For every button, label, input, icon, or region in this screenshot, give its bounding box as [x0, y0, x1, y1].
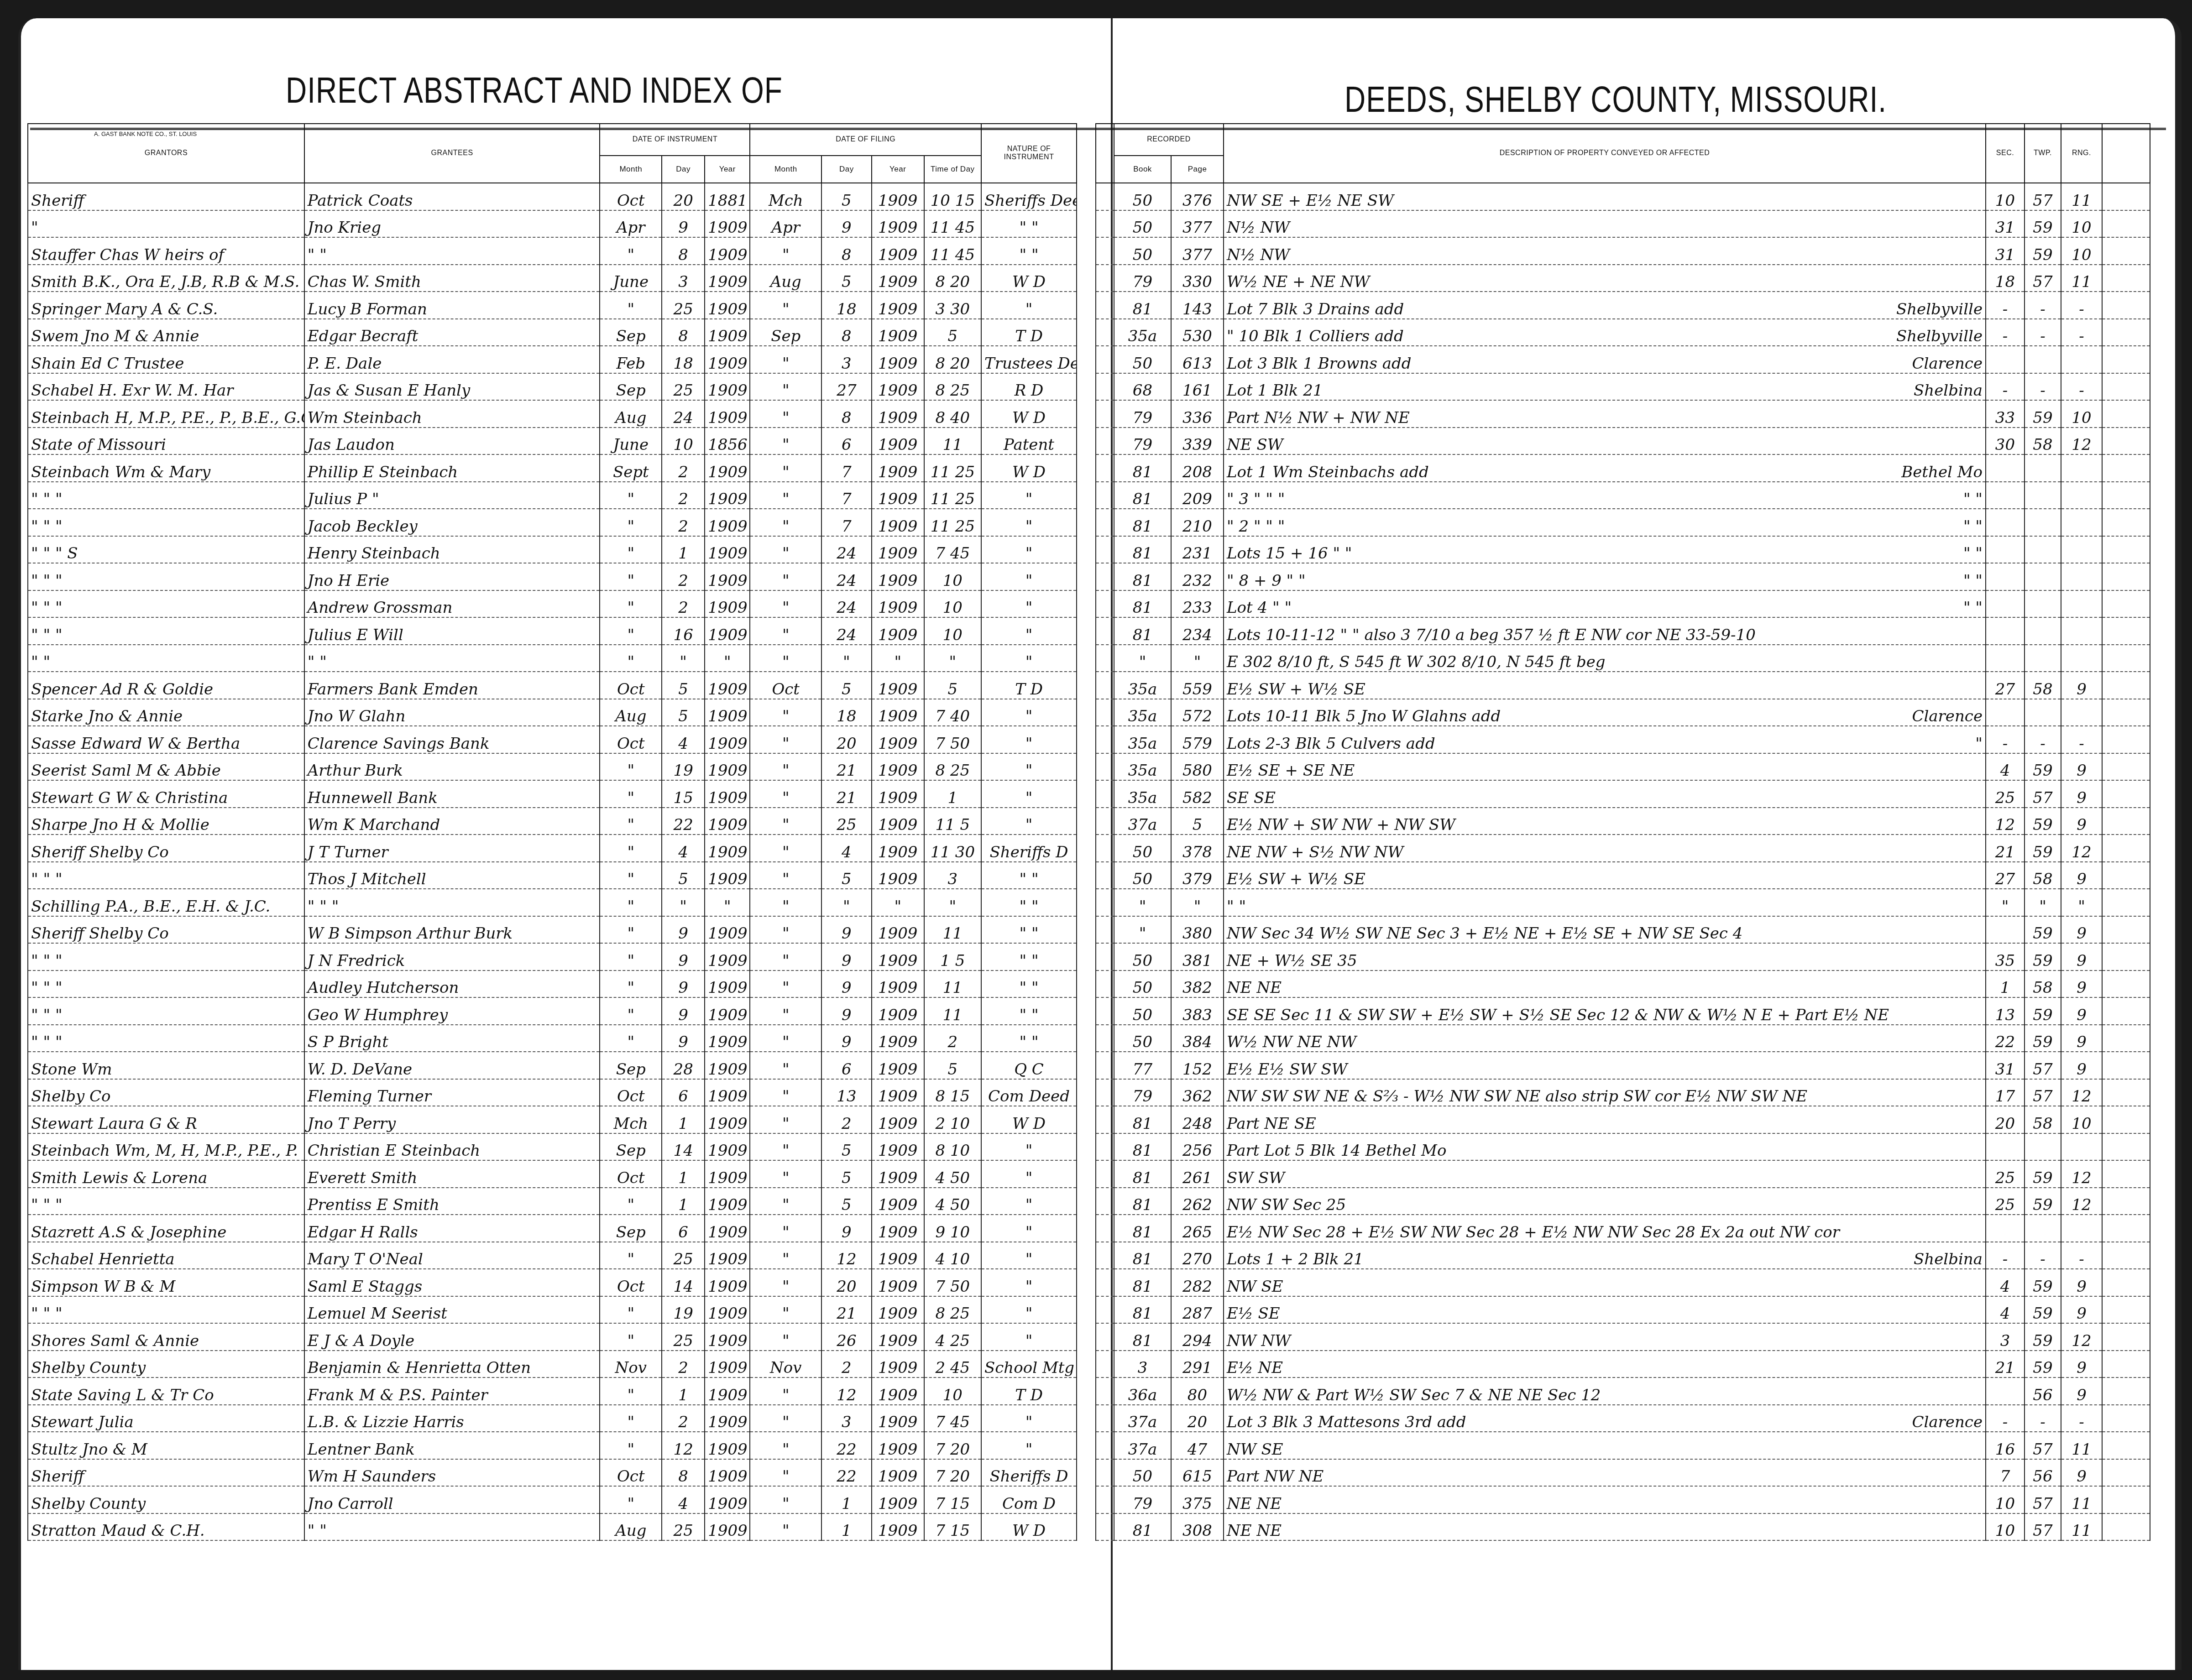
town-text: Clarence: [1912, 707, 1983, 725]
instrument-month-cell: ": [600, 536, 662, 563]
description-cell: E½ NW Sec 28 + E½ SW NW Sec 28 + E½ NW N…: [1224, 1215, 1986, 1242]
grantor-cell: Sheriff Shelby Co: [28, 835, 304, 862]
description-text: SW SW: [1227, 1169, 1285, 1187]
nature-cell: Q C: [981, 1052, 1077, 1079]
instrument-day-cell: 25: [662, 373, 705, 401]
page-cell: 210: [1171, 509, 1224, 536]
filing-month-cell: Aug: [750, 265, 821, 292]
book-cell: 81: [1114, 1296, 1171, 1324]
col-spacer: [1096, 124, 1114, 183]
deed-row-right: 35a579Lots 2-3 Blk 5 Culvers add"---: [1096, 726, 2150, 753]
page-cell: 256: [1171, 1133, 1224, 1161]
filing-day-cell: 21: [821, 753, 872, 781]
spacer-cell: [1096, 1377, 1114, 1405]
time-of-day-cell: 10: [924, 590, 981, 618]
grantor-cell: " " ": [28, 862, 304, 889]
filing-day-cell: 4: [821, 835, 872, 862]
deed-row-left: SheriffPatrick CoatsOct201881Mch5190910 …: [28, 183, 1077, 210]
deed-row-left: Sheriff Shelby CoW B Simpson Arthur Burk…: [28, 916, 1077, 944]
time-of-day-cell: 8 20: [924, 346, 981, 373]
description-cell: " 3 " " "" ": [1224, 482, 1986, 509]
spacer-cell: [1096, 617, 1114, 645]
instrument-year-cell: 1909: [705, 265, 750, 292]
description-cell: E½ E½ SW SW: [1224, 1052, 1986, 1079]
instrument-day-cell: 1: [662, 1188, 705, 1215]
filing-day-cell: 9: [821, 943, 872, 970]
page-cell: 232: [1171, 563, 1224, 590]
twp-cell: [2025, 346, 2061, 373]
grantor-cell: Seerist Saml M & Abbie: [28, 753, 304, 781]
page-cell: 209: [1171, 482, 1224, 509]
description-text: NW NW: [1227, 1332, 1291, 1350]
description-cell: Part NW NE: [1224, 1459, 1986, 1487]
rng-cell: ": [2061, 889, 2102, 916]
description-text: N½ NW: [1227, 246, 1290, 264]
description-cell: Part Lot 5 Blk 14 Bethel Mo: [1224, 1133, 1986, 1161]
time-of-day-cell: 11 25: [924, 509, 981, 536]
deed-row-right: 79336Part N½ NW + NW NE335910: [1096, 400, 2150, 428]
grantee-cell: Arthur Burk: [304, 753, 600, 781]
col-description: Description of Property Conveyed or Affe…: [1224, 124, 1986, 183]
page-title-right: DEEDS, SHELBY COUNTY, MISSOURI.: [1344, 78, 1887, 120]
spacer-cell: [1096, 346, 1114, 373]
col-inst-day: Day: [662, 156, 705, 183]
book-cell: 81: [1114, 292, 1171, 319]
rng-cell: 9: [2061, 1025, 2102, 1052]
twp-cell: 56: [2025, 1459, 2061, 1487]
rng-cell: -: [2061, 292, 2102, 319]
blank-cell: [2102, 1052, 2150, 1079]
nature-cell: School Mtg: [981, 1351, 1077, 1378]
filing-day-cell: 24: [821, 563, 872, 590]
time-of-day-cell: 10 15: [924, 183, 981, 210]
sec-cell: 4: [1986, 1296, 2025, 1324]
instrument-month-cell: ": [600, 1188, 662, 1215]
grantee-cell: Jno W Glahn: [304, 699, 600, 726]
nature-cell: ": [981, 1296, 1077, 1324]
instrument-day-cell: 9: [662, 997, 705, 1025]
twp-cell: 57: [2025, 265, 2061, 292]
sec-cell: [1986, 699, 2025, 726]
instrument-year-cell: 1909: [705, 1025, 750, 1052]
filing-day-cell: 7: [821, 482, 872, 509]
filing-day-cell: 5: [821, 1160, 872, 1188]
sec-cell: 10: [1986, 1513, 2025, 1541]
spacer-cell: [1096, 1052, 1114, 1079]
grantee-cell: Benjamin & Henrietta Otten: [304, 1351, 600, 1378]
instrument-month-cell: Sep: [600, 319, 662, 346]
instrument-day-cell: 1: [662, 1160, 705, 1188]
instrument-month-cell: ": [600, 943, 662, 970]
town-text: " ": [1963, 572, 1983, 590]
col-nature: Nature of Instrument: [981, 124, 1077, 183]
filing-year-cell: 1909: [872, 808, 924, 835]
filing-day-cell: 9: [821, 1025, 872, 1052]
grantor-cell: Steinbach Wm & Mary: [28, 454, 304, 482]
rng-cell: 10: [2061, 237, 2102, 265]
book-cell: 81: [1114, 509, 1171, 536]
blank-cell: [2102, 1459, 2150, 1487]
sec-cell: 7: [1986, 1459, 2025, 1487]
filing-year-cell: 1909: [872, 1215, 924, 1242]
deed-row-right: 79330W½ NE + NE NW185711: [1096, 265, 2150, 292]
instrument-day-cell: 8: [662, 237, 705, 265]
deed-row-right: 37a20Lot 3 Blk 3 Mattesons 3rd addClaren…: [1096, 1405, 2150, 1432]
town-text: " ": [1963, 517, 1983, 536]
deed-row-left: " " "Lemuel M Seerist"191909"2119098 25": [28, 1296, 1077, 1324]
rng-cell: 11: [2061, 265, 2102, 292]
deed-row-left: Springer Mary A & C.S.Lucy B Forman"2519…: [28, 292, 1077, 319]
deed-row-left: Seerist Saml M & AbbieArthur Burk"191909…: [28, 753, 1077, 781]
instrument-month-cell: Sept: [600, 454, 662, 482]
instrument-day-cell: 5: [662, 672, 705, 699]
instrument-day-cell: 2: [662, 1405, 705, 1432]
nature-cell: " ": [981, 916, 1077, 944]
page-cell: 330: [1171, 265, 1224, 292]
page-cell: 378: [1171, 835, 1224, 862]
nature-cell: T D: [981, 672, 1077, 699]
filing-month-cell: ": [750, 726, 821, 753]
filing-month-cell: ": [750, 1459, 821, 1487]
description-text: Part NW NE: [1227, 1467, 1324, 1486]
twp-cell: 59: [2025, 237, 2061, 265]
sec-cell: 33: [1986, 400, 2025, 428]
description-text: NW SE: [1227, 1440, 1283, 1459]
grantor-cell: Stewart G W & Christina: [28, 780, 304, 808]
description-cell: NE NE: [1224, 970, 1986, 998]
deed-row-right: 50381NE + W½ SE 3535599: [1096, 943, 2150, 970]
instrument-day-cell: 22: [662, 808, 705, 835]
blank-cell: [2102, 292, 2150, 319]
col-blank: [2102, 124, 2150, 183]
description-text: Part Lot 5 Blk 14 Bethel Mo: [1227, 1142, 1446, 1160]
grantee-cell: Clarence Savings Bank: [304, 726, 600, 753]
nature-cell: " ": [981, 889, 1077, 916]
filing-day-cell: 6: [821, 428, 872, 455]
rng-cell: [2061, 454, 2102, 482]
nature-cell: ": [981, 536, 1077, 563]
filing-year-cell: 1909: [872, 672, 924, 699]
twp-cell: [2025, 536, 2061, 563]
book-cell: ": [1114, 916, 1171, 944]
col-sec: Sec.: [1986, 124, 2025, 183]
grantee-cell: " ": [304, 237, 600, 265]
filing-day-cell: 8: [821, 319, 872, 346]
filing-day-cell: 2: [821, 1351, 872, 1378]
rng-cell: 12: [2061, 1160, 2102, 1188]
grantor-cell: " " ": [28, 997, 304, 1025]
book-cell: 37a: [1114, 808, 1171, 835]
grantor-cell: Schilling P.A., B.E., E.H. & J.C.: [28, 889, 304, 916]
blank-cell: [2102, 590, 2150, 618]
book-cell: 35a: [1114, 699, 1171, 726]
filing-month-cell: ": [750, 1296, 821, 1324]
deed-row-right: 37a47NW SE165711: [1096, 1432, 2150, 1459]
book-cell: 37a: [1114, 1432, 1171, 1459]
filing-year-cell: 1909: [872, 1486, 924, 1513]
time-of-day-cell: 8 20: [924, 265, 981, 292]
instrument-year-cell: 1909: [705, 997, 750, 1025]
deed-row-left: Spencer Ad R & GoldieFarmers Bank EmdenO…: [28, 672, 1077, 699]
description-text: " 8 + 9 " ": [1227, 572, 1306, 590]
filing-year-cell: 1909: [872, 346, 924, 373]
rng-cell: 9: [2061, 970, 2102, 998]
rng-cell: -: [2061, 373, 2102, 401]
nature-cell: " ": [981, 210, 1077, 238]
time-of-day-cell: 11 45: [924, 237, 981, 265]
filing-day-cell: 1: [821, 1513, 872, 1541]
grantee-cell: W B Simpson Arthur Burk: [304, 916, 600, 944]
page-cell: 234: [1171, 617, 1224, 645]
filing-day-cell: 8: [821, 400, 872, 428]
nature-cell: ": [981, 699, 1077, 726]
instrument-year-cell: 1909: [705, 237, 750, 265]
instrument-month-cell: ": [600, 889, 662, 916]
spacer-cell: [1096, 645, 1114, 672]
time-of-day-cell: 7 45: [924, 536, 981, 563]
filing-year-cell: 1909: [872, 183, 924, 210]
nature-cell: ": [981, 1323, 1077, 1351]
filing-year-cell: 1909: [872, 726, 924, 753]
grantee-cell: Geo W Humphrey: [304, 997, 600, 1025]
rng-cell: 10: [2061, 400, 2102, 428]
page-cell: 384: [1171, 1025, 1224, 1052]
nature-cell: W D: [981, 454, 1077, 482]
deed-row-left: Shain Ed C TrusteeP. E. DaleFeb181909"31…: [28, 346, 1077, 373]
town-text: Clarence: [1912, 1413, 1983, 1431]
deed-row-left: Stratton Maud & C.H." "Aug251909"119097 …: [28, 1513, 1077, 1541]
filing-month-cell: ": [750, 346, 821, 373]
instrument-month-cell: ": [600, 482, 662, 509]
description-text: E½ E½ SW SW: [1227, 1060, 1347, 1079]
spacer-cell: [1096, 1025, 1114, 1052]
description-cell: NE + W½ SE 35: [1224, 943, 1986, 970]
grantor-cell: Smith Lewis & Lorena: [28, 1160, 304, 1188]
twp-cell: 57: [2025, 780, 2061, 808]
nature-cell: " ": [981, 862, 1077, 889]
nature-cell: ": [981, 1160, 1077, 1188]
grantor-cell: Springer Mary A & C.S.: [28, 292, 304, 319]
grantor-cell: Stewart Laura G & R: [28, 1106, 304, 1133]
instrument-month-cell: ": [600, 835, 662, 862]
book-cell: 50: [1114, 970, 1171, 998]
filing-year-cell: 1909: [872, 563, 924, 590]
page-cell: 270: [1171, 1242, 1224, 1269]
instrument-day-cell: 16: [662, 617, 705, 645]
filing-year-cell: 1909: [872, 753, 924, 781]
grantee-cell: L.B. & Lizzie Harris: [304, 1405, 600, 1432]
time-of-day-cell: ": [924, 645, 981, 672]
instrument-day-cell: 10: [662, 428, 705, 455]
sec-cell: [1986, 645, 2025, 672]
grantor-cell: " " ": [28, 563, 304, 590]
page-cell: 233: [1171, 590, 1224, 618]
filing-month-cell: ": [750, 482, 821, 509]
description-text: E½ NW Sec 28 + E½ SW NW Sec 28 + E½ NW N…: [1227, 1223, 1840, 1242]
filing-month-cell: ": [750, 862, 821, 889]
description-text: Lot 3 Blk 1 Browns add: [1227, 355, 1411, 373]
spacer-cell: [1096, 454, 1114, 482]
twp-cell: 59: [2025, 1351, 2061, 1378]
description-cell: " 2 " " "" ": [1224, 509, 1986, 536]
grantor-cell: Sheriff: [28, 1459, 304, 1487]
col-recorded: Recorded: [1114, 124, 1224, 156]
deed-row-right: 35a530" 10 Blk 1 Colliers addShelbyville…: [1096, 319, 2150, 346]
filing-day-cell: 3: [821, 1405, 872, 1432]
filing-day-cell: 20: [821, 1269, 872, 1296]
grantee-cell: S P Bright: [304, 1025, 600, 1052]
deed-row-right: 50377N½ NW315910: [1096, 237, 2150, 265]
spacer-cell: [1096, 482, 1114, 509]
filing-year-cell: 1909: [872, 862, 924, 889]
spacer-cell: [1096, 808, 1114, 835]
deed-row-left: Stewart Laura G & RJno T PerryMch11909"2…: [28, 1106, 1077, 1133]
book-cell: 35a: [1114, 726, 1171, 753]
instrument-day-cell: 5: [662, 699, 705, 726]
filing-year-cell: 1909: [872, 1296, 924, 1324]
blank-cell: [2102, 454, 2150, 482]
instrument-month-cell: Oct: [600, 726, 662, 753]
deed-row-right: 81265E½ NW Sec 28 + E½ SW NW Sec 28 + E½…: [1096, 1215, 2150, 1242]
description-cell: Lots 15 + 16 " "" ": [1224, 536, 1986, 563]
time-of-day-cell: 4 50: [924, 1188, 981, 1215]
instrument-year-cell: 1909: [705, 1079, 750, 1106]
filing-year-cell: 1909: [872, 1432, 924, 1459]
instrument-day-cell: ": [662, 889, 705, 916]
description-text: Lots 10-11 Blk 5 Jno W Glahns add: [1227, 707, 1501, 725]
filing-year-cell: 1909: [872, 1351, 924, 1378]
deed-row-left: Starke Jno & AnnieJno W GlahnAug51909"18…: [28, 699, 1077, 726]
description-text: Lot 3 Blk 3 Mattesons 3rd add: [1227, 1413, 1466, 1431]
spacer-cell: [1096, 1215, 1114, 1242]
nature-cell: ": [981, 726, 1077, 753]
instrument-day-cell: 25: [662, 292, 705, 319]
instrument-year-cell: 1909: [705, 1242, 750, 1269]
page-cell: 287: [1171, 1296, 1224, 1324]
spacer-cell: [1096, 536, 1114, 563]
book-cell: 81: [1114, 1323, 1171, 1351]
filing-year-cell: 1909: [872, 1025, 924, 1052]
nature-cell: ": [981, 1269, 1077, 1296]
grantor-cell: Simpson W B & M: [28, 1269, 304, 1296]
deed-row-left: " " "S P Bright"91909"919092" ": [28, 1025, 1077, 1052]
filing-day-cell: 25: [821, 808, 872, 835]
blank-cell: [2102, 563, 2150, 590]
sec-cell: 4: [1986, 1269, 2025, 1296]
time-of-day-cell: 5: [924, 319, 981, 346]
nature-cell: W D: [981, 400, 1077, 428]
nature-cell: W D: [981, 1106, 1077, 1133]
filing-day-cell: 9: [821, 970, 872, 998]
rng-cell: [2061, 482, 2102, 509]
rng-cell: [2061, 509, 2102, 536]
instrument-month-cell: ": [600, 1323, 662, 1351]
deed-row-right: 50382NE NE1589: [1096, 970, 2150, 998]
grantee-cell: Chas W. Smith: [304, 265, 600, 292]
page-cell: 579: [1171, 726, 1224, 753]
book-cell: 35a: [1114, 672, 1171, 699]
description-cell: Part NE SE: [1224, 1106, 1986, 1133]
blank-cell: [2102, 1269, 2150, 1296]
grantor-cell: Swem Jno M & Annie: [28, 319, 304, 346]
sec-cell: 22: [1986, 1025, 2025, 1052]
filing-year-cell: 1909: [872, 1377, 924, 1405]
twp-cell: -: [2025, 1405, 2061, 1432]
description-text: W½ NE + NE NW: [1227, 273, 1370, 291]
col-page: Page: [1171, 156, 1224, 183]
grantor-cell: Steinbach H, M.P., P.E., P., B.E., G.G. …: [28, 400, 304, 428]
description-cell: NE NE: [1224, 1513, 1986, 1541]
deed-row-right: 81270Lots 1 + 2 Blk 21Shelbina---: [1096, 1242, 2150, 1269]
instrument-day-cell: 24: [662, 400, 705, 428]
rng-cell: 12: [2061, 428, 2102, 455]
instrument-month-cell: ": [600, 1486, 662, 1513]
col-inst-year: Year: [705, 156, 750, 183]
deed-row-left: Swem Jno M & AnnieEdgar BecraftSep81909S…: [28, 319, 1077, 346]
filing-day-cell: 21: [821, 1296, 872, 1324]
grantor-cell: Shores Saml & Annie: [28, 1323, 304, 1351]
instrument-month-cell: ": [600, 645, 662, 672]
instrument-day-cell: 14: [662, 1133, 705, 1161]
spacer-cell: [1096, 1405, 1114, 1432]
time-of-day-cell: 8 15: [924, 1079, 981, 1106]
description-cell: NW NW: [1224, 1323, 1986, 1351]
filing-year-cell: 1909: [872, 1188, 924, 1215]
rng-cell: 9: [2061, 916, 2102, 944]
description-cell: NE SW: [1224, 428, 1986, 455]
rng-cell: 12: [2061, 1079, 2102, 1106]
book-cell: 50: [1114, 210, 1171, 238]
col-filing-year: Year: [872, 156, 924, 183]
filing-year-cell: ": [872, 645, 924, 672]
spacer-cell: [1096, 1296, 1114, 1324]
deed-row-right: 81210" 2 " " "" ": [1096, 509, 2150, 536]
instrument-day-cell: 9: [662, 1025, 705, 1052]
col-rng: Rng.: [2061, 124, 2102, 183]
rng-cell: 12: [2061, 835, 2102, 862]
book-cell: 3: [1114, 1351, 1171, 1378]
deed-row-left: State Saving L & Tr CoFrank M & P.S. Pai…: [28, 1377, 1077, 1405]
rng-cell: [2061, 563, 2102, 590]
spacer-cell: [1096, 1459, 1114, 1487]
twp-cell: 57: [2025, 1486, 2061, 1513]
spacer-cell: [1096, 1351, 1114, 1378]
spacer-cell: [1096, 943, 1114, 970]
grantee-cell: " ": [304, 1513, 600, 1541]
nature-cell: ": [981, 617, 1077, 645]
book-cell: 79: [1114, 428, 1171, 455]
deed-row-left: " " "J N Fredrick"91909"919091 5" ": [28, 943, 1077, 970]
grantee-cell: Jno Krieg: [304, 210, 600, 238]
deed-row-right: 79362NW SW SW NE & S⅔ - W½ NW SW NE also…: [1096, 1079, 2150, 1106]
spacer-cell: [1096, 889, 1114, 916]
blank-cell: [2102, 400, 2150, 428]
page-cell: 308: [1171, 1513, 1224, 1541]
filing-month-cell: ": [750, 1215, 821, 1242]
instrument-day-cell: 6: [662, 1079, 705, 1106]
sec-cell: 31: [1986, 1052, 2025, 1079]
instrument-month-cell: ": [600, 617, 662, 645]
sec-cell: 10: [1986, 183, 2025, 210]
time-of-day-cell: 5: [924, 1052, 981, 1079]
spacer-cell: [1096, 265, 1114, 292]
grantee-cell: Jacob Beckley: [304, 509, 600, 536]
deed-row-left: Sheriff Shelby CoJ T Turner"41909"419091…: [28, 835, 1077, 862]
description-cell: Lot 4 " "" ": [1224, 590, 1986, 618]
description-cell: Part N½ NW + NW NE: [1224, 400, 1986, 428]
instrument-day-cell: 4: [662, 1486, 705, 1513]
page-cell: ": [1171, 645, 1224, 672]
